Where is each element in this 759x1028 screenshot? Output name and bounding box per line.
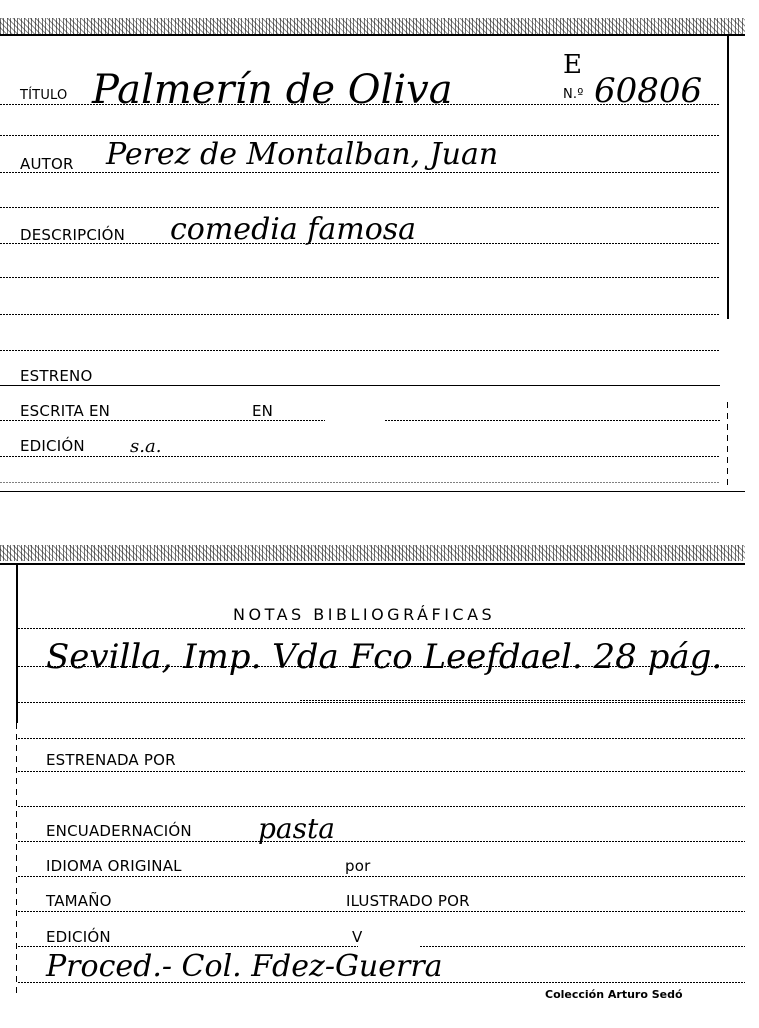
tamano-label: TAMAÑO bbox=[46, 894, 112, 909]
ruled-line bbox=[300, 700, 745, 701]
ruled-line bbox=[18, 628, 745, 629]
edicion-v-label: V bbox=[352, 930, 362, 945]
ruled-line bbox=[18, 841, 745, 842]
estrenada-por-label: ESTRENADA POR bbox=[46, 753, 176, 768]
notas-heading: NOTAS BIBLIOGRÁFICAS bbox=[233, 607, 495, 623]
edicion-back-label: EDICIÓN bbox=[46, 930, 111, 945]
idioma-original-label: IDIOMA ORIGINAL bbox=[46, 859, 182, 874]
ruled-line bbox=[18, 982, 745, 983]
ruled-line bbox=[18, 911, 745, 912]
collection-footer: Colección Arturo Sedó bbox=[545, 988, 683, 1001]
ruled-line bbox=[18, 876, 745, 877]
procedencia-value: Proced.- Col. Fdez-Guerra bbox=[46, 952, 443, 982]
encuadernacion-value: pasta bbox=[258, 815, 335, 843]
ilustrado-por-label: ILUSTRADO POR bbox=[346, 894, 470, 909]
idioma-por-label: por bbox=[345, 859, 370, 874]
ruled-line bbox=[18, 806, 745, 807]
ruled-line bbox=[18, 771, 745, 772]
left-border-dashed bbox=[16, 723, 17, 993]
top-border bbox=[0, 563, 745, 565]
ruled-line bbox=[420, 946, 745, 947]
encuadernacion-label: ENCUADERNACIÓN bbox=[46, 824, 192, 839]
ruled-line bbox=[18, 666, 745, 667]
left-border bbox=[16, 563, 18, 723]
notas-value: Sevilla, Imp. Vda Fco Leefdael. 28 pág. bbox=[46, 640, 722, 674]
catalog-card-back: NOTAS BIBLIOGRÁFICAS Sevilla, Imp. Vda F… bbox=[0, 0, 759, 1028]
ruled-line bbox=[18, 738, 745, 739]
ruled-line bbox=[18, 702, 745, 703]
ruled-line bbox=[18, 946, 358, 947]
scan-noise-border bbox=[0, 545, 745, 561]
